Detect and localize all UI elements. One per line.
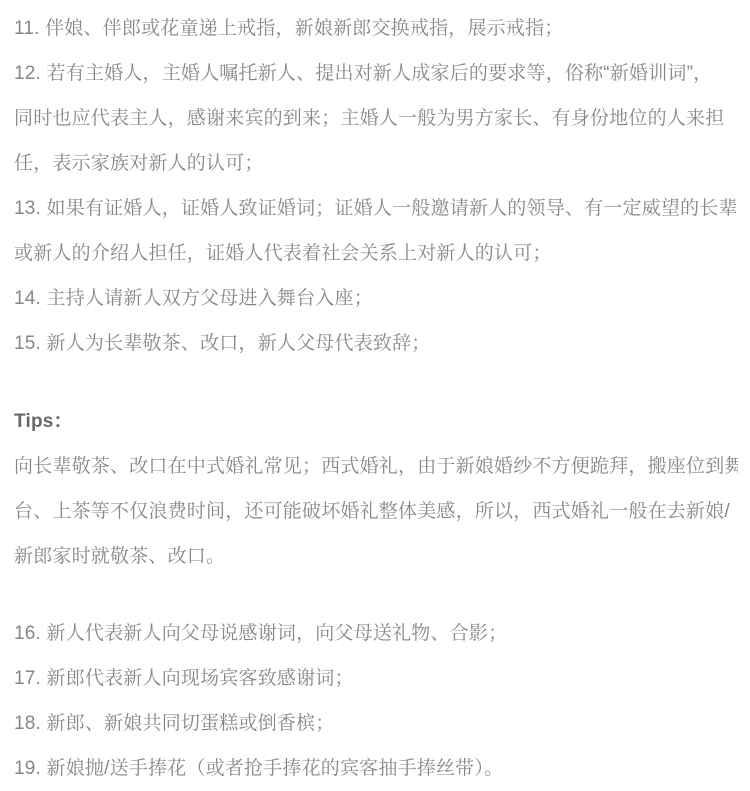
item-12-line3: 任，表示家族对新人的认可； xyxy=(14,141,738,186)
item-15: 15. 新人为长辈敬茶、改口，新人父母代表致辞； xyxy=(14,321,738,366)
item-19: 19. 新娘抛/送手捧花（或者抢手捧花的宾客抽手捧丝带）。 xyxy=(14,746,738,791)
tips-line2: 台、上茶等不仅浪费时间，还可能破坏婚礼整体美感，所以，西式婚礼一般在去新娘/ xyxy=(14,489,738,534)
wedding-steps-article: 11. 伴娘、伴郎或花童递上戒指，新娘新郎交换戒指，展示戒指； 12. 若有主婚… xyxy=(0,0,750,791)
item-16: 16. 新人代表新人向父母说感谢词，向父母送礼物、合影； xyxy=(14,611,738,656)
item-17: 17. 新郎代表新人向现场宾客致感谢词； xyxy=(14,656,738,701)
tips-line1: 向长辈敬茶、改口在中式婚礼常见；西式婚礼，由于新娘婚纱不方便跪拜，搬座位到舞 xyxy=(14,444,738,489)
item-12-line1: 12. 若有主婚人，主婚人嘱托新人、提出对新人成家后的要求等，俗称“新婚训词”， xyxy=(14,51,738,96)
tips-line3: 新郎家时就敬茶、改口。 xyxy=(14,534,738,579)
item-12-line2: 同时也应代表主人，感谢来宾的到来；主婚人一般为男方家长、有身份地位的人来担 xyxy=(14,96,738,141)
tips-heading: Tips： xyxy=(14,399,738,444)
item-13-line1: 13. 如果有证婚人，证婚人致证婚词；证婚人一般邀请新人的领导、有一定威望的长辈 xyxy=(14,186,738,231)
item-13-line2: 或新人的介绍人担任，证婚人代表着社会关系上对新人的认可； xyxy=(14,231,738,276)
item-14: 14. 主持人请新人双方父母进入舞台入座； xyxy=(14,276,738,321)
item-11: 11. 伴娘、伴郎或花童递上戒指，新娘新郎交换戒指，展示戒指； xyxy=(14,6,738,51)
item-18: 18. 新郎、新娘共同切蛋糕或倒香槟； xyxy=(14,701,738,746)
